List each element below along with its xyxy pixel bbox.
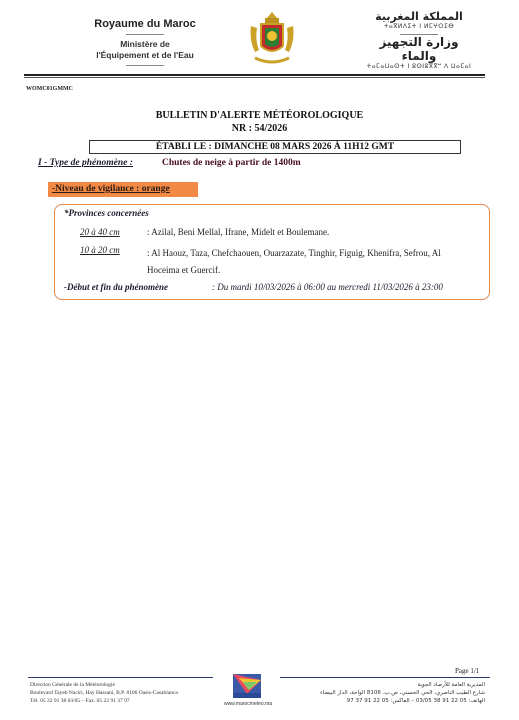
established-date-box: ÉTABLI LE : DIMANCHE 08 MARS 2026 À 11H1… [89,140,461,154]
ministry-name-ar: وزارة التجهيز والماء [360,35,478,63]
snow-range-label: 20 à 40 cm [80,227,120,237]
bulletin-title: BULLETIN D'ALERTE MÉTÉOROLOGIQUE [0,109,519,122]
ministry-name-fr-line2: l'Équipement et de l'Eau [60,50,230,61]
ministry-name-fr-line1: Ministère de [60,39,230,50]
kingdom-name-ar: المملكة المغربية [360,10,478,23]
divider [126,65,164,66]
page-number: Page 1/1 [455,667,479,675]
snow-range-label: 10 à 20 cm [80,245,120,255]
maroc-meteo-logo-icon [233,674,261,698]
footer-address-fr: Direction Générale de la Météorologie Bo… [30,681,178,705]
footer-org-fr: Direction Générale de la Météorologie [30,681,178,689]
header-rule-thin [24,77,485,78]
header-rule [24,74,485,76]
footer-org-ar: المديرية العامة للأرصاد الجوية [300,681,485,689]
footer-address-ar: المديرية العامة للأرصاد الجوية شارع الطي… [300,681,485,705]
snow-range-provinces: : Azilal, Beni Mellal, Ifrane, Midelt et… [147,227,329,237]
snow-range-provinces: : Al Haouz, Taza, Chefchaouen, Ouarzazat… [147,245,467,279]
header-arabic: المملكة المغربية ⵜⴰⴳⵍⴷⵉⵜ ⵏ ⵍⵎⵖⵔⵉⴱ وزارة … [360,10,478,75]
period-label: -Début et fin du phénomène [64,282,168,292]
website-link[interactable]: www.marocmeteo.ma [218,701,278,707]
footer-rule [280,677,490,678]
footer-contact-ar: الهاتف: 05 22 91 38 03/05 – الفاكس: 05 2… [300,697,485,705]
footer-address-line-fr: Boulevard Tayeb Naciri, Hay Hassani, B.P… [30,689,178,697]
vigilance-level-badge: -Niveau de vigilance : orange [48,182,198,197]
period-value: : Du mardi 10/03/2026 à 06:00 au mercred… [212,282,443,292]
bulletin-number: NR : 54/2026 [0,122,519,135]
kingdom-name-fr: Royaume du Maroc [60,18,230,30]
header-french: Royaume du Maroc Ministère de l'Équipeme… [60,18,230,70]
phenomenon-type-value: Chutes de neige à partir de 1400m [162,158,301,168]
kingdom-name-tifinagh: ⵜⴰⴳⵍⴷⵉⵜ ⵏ ⵍⵎⵖⵔⵉⴱ [360,23,478,31]
phenomenon-type-label: I - Type de phénomène : [38,158,133,168]
footer-rule [28,677,213,678]
ministry-name-tifinagh: ⵜⴰⵎⴰⵡⴰⵙⵜ ⵏ ⵓⵙⵏⵓⴳⴳⵯ ⴷ ⵡⴰⵎⴰⵏ [360,63,478,71]
footer-address-line-ar: شارع الطيب الناصري، الحي الحسني، ص.ب. 81… [300,689,485,697]
footer-contact-fr: Tél. 05 22 91 38 03/05 – Fax. 05 22 91 3… [30,697,178,705]
coat-of-arms-icon [247,10,297,68]
bulletin-heading: BULLETIN D'ALERTE MÉTÉOROLOGIQUE NR : 54… [0,109,519,135]
divider [126,34,164,35]
provinces-title: *Provinces concernées [64,208,149,218]
document-code: WOMC01GMMC [26,86,73,92]
